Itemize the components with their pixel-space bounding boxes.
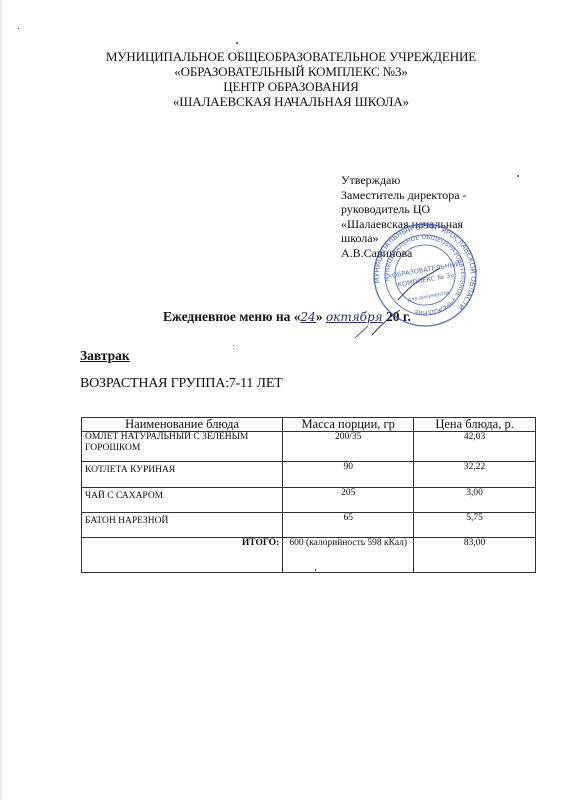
scan-speck (18, 28, 19, 29)
dish-weight: 200/35 (283, 432, 414, 462)
column-header-price: Цена блюда, р. (414, 418, 536, 432)
menu-title-prefix: Ежедневное меню на (163, 309, 294, 324)
scan-speck (236, 42, 238, 44)
stamp-center-line-1: «ОБРАЗОВАТЕЛЬНЫЙ (387, 259, 461, 281)
dish-name: КОТЛЕТА КУРИНАЯ (82, 462, 283, 488)
table-row: ЧАЙ С САХАРОМ 205 3,00 (82, 488, 536, 513)
page-edge (0, 0, 2, 800)
year-suffix: г. (399, 309, 410, 324)
scan-speck (233, 345, 234, 346)
open-quote: « (294, 309, 301, 324)
dish-price: 5,75 (414, 513, 536, 538)
header-line-4: «ШАЛАЕВСКАЯ НАЧАЛЬНАЯ ШКОЛА» (0, 94, 582, 109)
dish-price: 32,22 (414, 462, 536, 488)
approval-line-1: Утверждаю (341, 173, 511, 188)
dish-weight: 65 (283, 513, 414, 538)
dish-name: БАТОН НАРЕЗНОЙ (82, 513, 283, 538)
dish-weight: 90 (283, 462, 414, 488)
menu-title: Ежедневное меню на «24» октября 20 г. (163, 309, 411, 325)
approval-line-2: Заместитель директора - (341, 188, 511, 203)
total-label: ИТОГО: (82, 538, 283, 573)
approval-line-3: руководитель ЦО (341, 202, 511, 217)
institution-header: МУНИЦИПАЛЬНОЕ ОБЩЕОБРАЗОВАТЕЛЬНОЕ УЧРЕЖД… (0, 49, 582, 109)
menu-table: Наименование блюда Масса порции, гр Цена… (81, 417, 536, 573)
dish-name: ОМЛЕТ НАТУРАЛЬНЫЙ С ЗЕЛЕНЫМ ГОРОШКОМ (82, 432, 283, 462)
stamp-bottom-text: для документов (407, 290, 450, 303)
header-line-3: ЦЕНТР ОБРАЗОВАНИЯ (0, 79, 582, 94)
stamp-center-line-2: КОМПЛЕКС № 3» (397, 271, 455, 289)
dish-name: ЧАЙ С САХАРОМ (82, 488, 283, 513)
column-header-weight: Масса порции, гр (283, 418, 414, 432)
table-row: КОТЛЕТА КУРИНАЯ 90 32,22 (82, 462, 536, 488)
total-weight: 600 (калорийность 598 кКал) (283, 538, 414, 573)
approval-block: Утверждаю Заместитель директора - руково… (341, 173, 511, 260)
column-header-dish: Наименование блюда (82, 418, 283, 432)
table-header-row: Наименование блюда Масса порции, гр Цена… (82, 418, 536, 432)
approval-signatory: А.В.Савинова (341, 246, 511, 261)
scan-speck (517, 175, 519, 177)
table-row: ОМЛЕТ НАТУРАЛЬНЫЙ С ЗЕЛЕНЫМ ГОРОШКОМ 200… (82, 432, 536, 462)
signature-strokes-icon (0, 0, 582, 800)
scan-speck (315, 569, 316, 571)
close-quote: » (316, 309, 323, 324)
handwritten-month: октября (326, 310, 383, 324)
dish-price: 42,03 (414, 432, 536, 462)
table-row: БАТОН НАРЕЗНОЙ 65 5,75 (82, 513, 536, 538)
header-line-1: МУНИЦИПАЛЬНОЕ ОБЩЕОБРАЗОВАТЕЛЬНОЕ УЧРЕЖД… (0, 49, 582, 64)
approval-line-4: «Шалаевская начальная (341, 217, 511, 232)
dish-price: 3,00 (414, 488, 536, 513)
total-row: ИТОГО: 600 (калорийность 598 кКал) 83,00 (82, 538, 536, 573)
year-prefix: 20 (386, 309, 400, 324)
dish-weight: 205 (283, 488, 414, 513)
handwritten-day: 24 (301, 310, 316, 324)
age-group: ВОЗРАСТНАЯ ГРУППА:7-11 ЛЕТ (80, 376, 283, 392)
meal-heading: Завтрак (80, 348, 130, 364)
total-price: 83,00 (414, 538, 536, 573)
header-line-2: «ОБРАЗОВАТЕЛЬНЫЙ КОМПЛЕКС №3» (0, 64, 582, 79)
approval-line-5: школа» (341, 231, 511, 246)
